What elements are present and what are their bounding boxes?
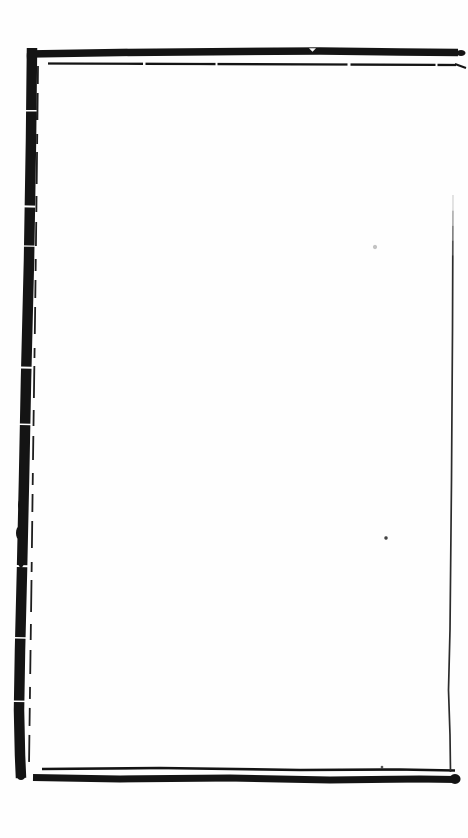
left-border-ink-blob <box>18 557 24 568</box>
left-border-ink-blob <box>18 496 26 514</box>
scanned-page <box>0 0 468 838</box>
bottom-border-line <box>33 778 456 781</box>
left-border-ink-blob <box>27 49 36 63</box>
right-rule-fade <box>445 210 457 226</box>
top-inner-rule <box>48 64 456 66</box>
bottom-border-end-blob <box>450 774 461 784</box>
bottom-upper-rule <box>42 768 455 771</box>
right-rule-line <box>449 195 454 772</box>
paper-speck <box>381 766 384 769</box>
left-border-ink-blob <box>24 291 30 309</box>
paper-speck <box>384 536 387 539</box>
top-border-end-blob <box>457 50 466 56</box>
left-border-ink-blob <box>16 768 26 780</box>
page-frame <box>0 0 468 838</box>
right-rule-fade <box>445 225 457 241</box>
right-rule-fade <box>445 195 457 211</box>
top-inner-rule-tail <box>455 64 466 68</box>
right-rule-fade <box>445 240 457 256</box>
top-border-line <box>28 51 458 54</box>
paper-speck <box>373 245 377 249</box>
left-border-ink-blob <box>16 527 22 540</box>
